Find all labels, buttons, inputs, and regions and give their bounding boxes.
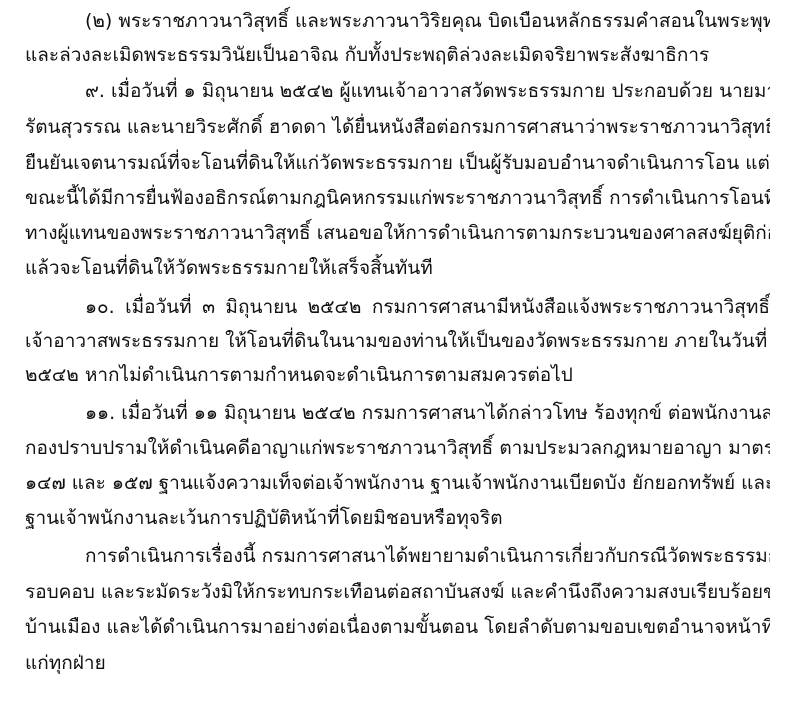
item-10-line-3: ๒๕๔๒ หากไม่ดำเนินการตามกำหนดจะดำเนินการต…	[25, 360, 770, 390]
item-9-line-5: ทางผู้แทนของพระราชภาวนาวิสุทธิ์ เสนอขอให…	[25, 218, 770, 248]
item-11-line-2: กองปราบปรามให้ดำเนินคดีอาญาแก่พระราชภาวน…	[25, 433, 770, 463]
item-11-line-1: ๑๑. เมื่อวันที่ ๑๑ มิถุนายน ๒๕๔๒ กรมการศ…	[85, 398, 770, 428]
item-11-line-4: ฐานเจ้าพนักงานละเว้นการปฏิบัติหน้าที่โดย…	[25, 503, 770, 533]
document-page: (๒) พระราชภาวนาวิสุทธิ์ และพระภาวนาวิริย…	[0, 0, 800, 701]
paragraph-2-line-1: (๒) พระราชภาวนาวิสุทธิ์ และพระภาวนาวิริย…	[85, 6, 770, 36]
item-9-line-3: ยืนยันเจตนารมณ์ที่จะโอนที่ดินให้แก่วัดพร…	[25, 148, 770, 178]
item-9-line-6: แล้วจะโอนที่ดินให้วัดพระธรรมกายให้เสร็จส…	[25, 253, 770, 283]
item-9-line-4: ขณะนี้ได้มีการยื่นฟ้องอธิกรณ์ตามกฎนิคหกร…	[25, 183, 770, 213]
summary-line-3: บ้านเมือง และได้ดำเนินการมาอย่างต่อเนื่อ…	[25, 612, 770, 642]
item-10-line-2: เจ้าอาวาสพระธรรมกาย ให้โอนที่ดินในนามของ…	[25, 326, 770, 356]
paragraph-2-line-2: และล่วงละเมิดพระธรรมวินัยเป็นอาจิณ กับทั…	[25, 40, 770, 70]
item-10-line-1: ๑๐. เมื่อวันที่ ๓ มิถุนายน ๒๕๔๒ กรมการศา…	[85, 292, 770, 322]
summary-line-4: แก่ทุกฝ่าย	[25, 648, 770, 678]
item-9-line-1: ๙. เมื่อวันที่ ๑ มิถุนายน ๒๕๔๒ ผู้แทนเจ้…	[85, 76, 770, 106]
item-9-line-2: รัตนสุวรรณ และนายวิระศักดิ์ ฮาดดา ได้ยื่…	[25, 112, 770, 142]
summary-line-2: รอบคอบ และระมัดระวังมิให้กระทบกระเทือนต่…	[25, 577, 770, 607]
summary-line-1: การดำเนินการเรื่องนี้ กรมการศาสนาได้พยาย…	[85, 541, 770, 571]
item-11-line-3: ๑๔๗ และ ๑๕๗ ฐานแจ้งความเท็จต่อเจ้าพนักงา…	[25, 468, 770, 498]
